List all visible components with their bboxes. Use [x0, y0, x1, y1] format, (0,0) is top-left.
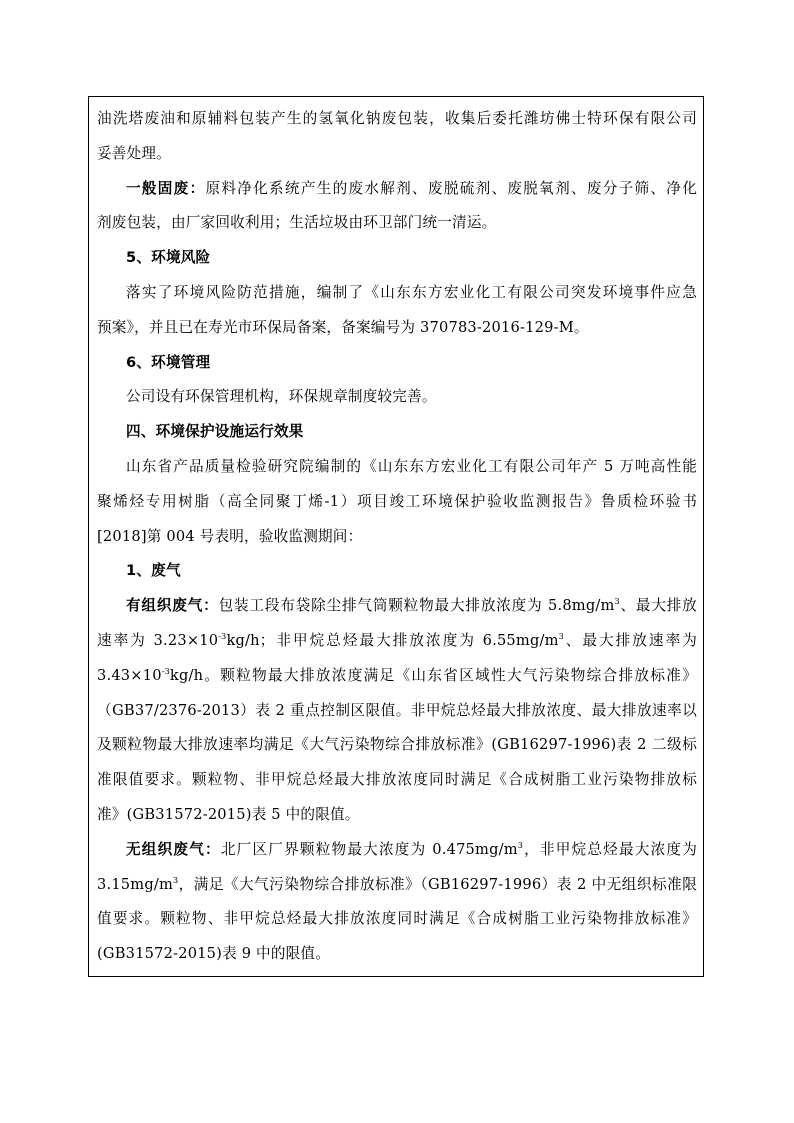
text-line: 预案》，并且已在寿光市环保局备案，备案编号为 370783-2016-129-M… — [97, 311, 697, 346]
section-heading-waste-gas: 1、废气 — [97, 554, 697, 589]
section-heading-environmental-risk: 5、环境风险 — [97, 241, 697, 276]
text-line: 速率为 3.23×10-3kg/h；非甲烷总烃最大排放浓度为 6.55mg/m3… — [97, 624, 697, 659]
bold-lead: 一般固废： — [126, 180, 205, 197]
text-line: [2018]第 004 号表明，验收监测期间： — [97, 520, 697, 555]
fugitive-emission-paragraph: 无组织废气：北厂区厂界颗粒物最大浓度为 0.475mg/m3，非甲烷总烃最大浓度… — [97, 833, 697, 868]
text-span: kg/h；非甲烷总烃最大排放浓度为 6.55mg/m — [226, 632, 558, 649]
bold-lead: 有组织废气： — [126, 597, 219, 614]
text-line: 落实了环境风险防范措施，编制了《山东东方宏业化工有限公司突发环境事件应急 — [97, 276, 697, 311]
text-line: （GB37/2376-2013）表 2 重点控制区限值。非甲烷总烃最大排放浓度、… — [97, 694, 697, 729]
text-span: 原料净化系统产生的废水解剂、废脱硫剂、废脱氧剂、废分子筛、净化 — [205, 180, 697, 197]
text-line: 妥善处理。 — [97, 137, 697, 172]
text-line: 油洗塔废油和原辅料包装产生的氢氧化钠废包装，收集后委托潍坊佛士特环保有限公司 — [97, 102, 697, 137]
general-solid-waste-paragraph: 一般固废：原料净化系统产生的废水解剂、废脱硫剂、废脱氧剂、废分子筛、净化 — [97, 172, 697, 207]
text-span: 速率为 3.23×10 — [97, 632, 218, 649]
text-span: 包装工段布袋除尘排气筒颗粒物最大排放浓度为 5.8mg/m — [219, 597, 615, 614]
text-line: 聚烯烃专用树脂（高全同聚丁烯-1）项目竣工环境保护验收监测报告》鲁质检环验书 — [97, 485, 697, 520]
text-span: 北厂区厂界颗粒物最大浓度为 0.475mg/m — [221, 841, 518, 858]
text-line: 公司设有环保管理机构，环保规章制度较完善。 — [97, 380, 697, 415]
text-span: kg/h。颗粒物最大排放浓度满足《山东省区域性大气污染物综合排放标准》 — [170, 667, 697, 684]
text-line: (GB31572-2015)表 9 中的限值。 — [97, 937, 697, 972]
text-line: 山东省产品质量检验研究院编制的《山东东方宏业化工有限公司年产 5 万吨高性能 — [97, 450, 697, 485]
text-line: 3.15mg/m3，满足《大气污染物综合排放标准》（GB16297-1996）表… — [97, 868, 697, 903]
text-line: 3.43×10-3kg/h。颗粒物最大排放浓度满足《山东省区域性大气污染物综合排… — [97, 659, 697, 694]
text-line: 及颗粒物最大排放速率均满足《大气污染物综合排放标准》(GB16297-1996)… — [97, 728, 697, 763]
text-line: 值要求。颗粒物、非甲烷总烃最大排放浓度同时满足《合成树脂工业污染物排放标准》 — [97, 902, 697, 937]
text-span: ，非甲烷总烃最大浓度为 — [523, 841, 697, 858]
text-span: 3.43×10 — [97, 667, 162, 684]
text-span: 3.15mg/m — [97, 876, 173, 893]
organized-emission-paragraph: 有组织废气：包装工段布袋除尘排气筒颗粒物最大排放浓度为 5.8mg/m3、最大排… — [97, 589, 697, 624]
text-line: 准》(GB31572-2015)表 5 中的限值。 — [97, 798, 697, 833]
text-span: ，满足《大气污染物综合排放标准》（GB16297-1996）表 2 中无组织标准… — [178, 876, 697, 893]
bold-lead: 无组织废气： — [126, 841, 221, 858]
superscript: -3 — [162, 667, 170, 676]
text-line: 准限值要求。颗粒物、非甲烷总烃最大排放浓度同时满足《合成树脂工业污染物排放标 — [97, 763, 697, 798]
section-heading-environmental-management: 6、环境管理 — [97, 346, 697, 381]
text-line: 剂废包装，由厂家回收利用；生活垃圾由环卫部门统一清运。 — [97, 206, 697, 241]
text-span: 、最大排放速率为 — [564, 632, 697, 649]
text-span: 、最大排放 — [620, 597, 697, 614]
document-body: 油洗塔废油和原辅料包装产生的氢氧化钠废包装，收集后委托潍坊佛士特环保有限公司 妥… — [97, 102, 697, 972]
section-heading-facility-operation: 四、环境保护设施运行效果 — [97, 415, 697, 450]
